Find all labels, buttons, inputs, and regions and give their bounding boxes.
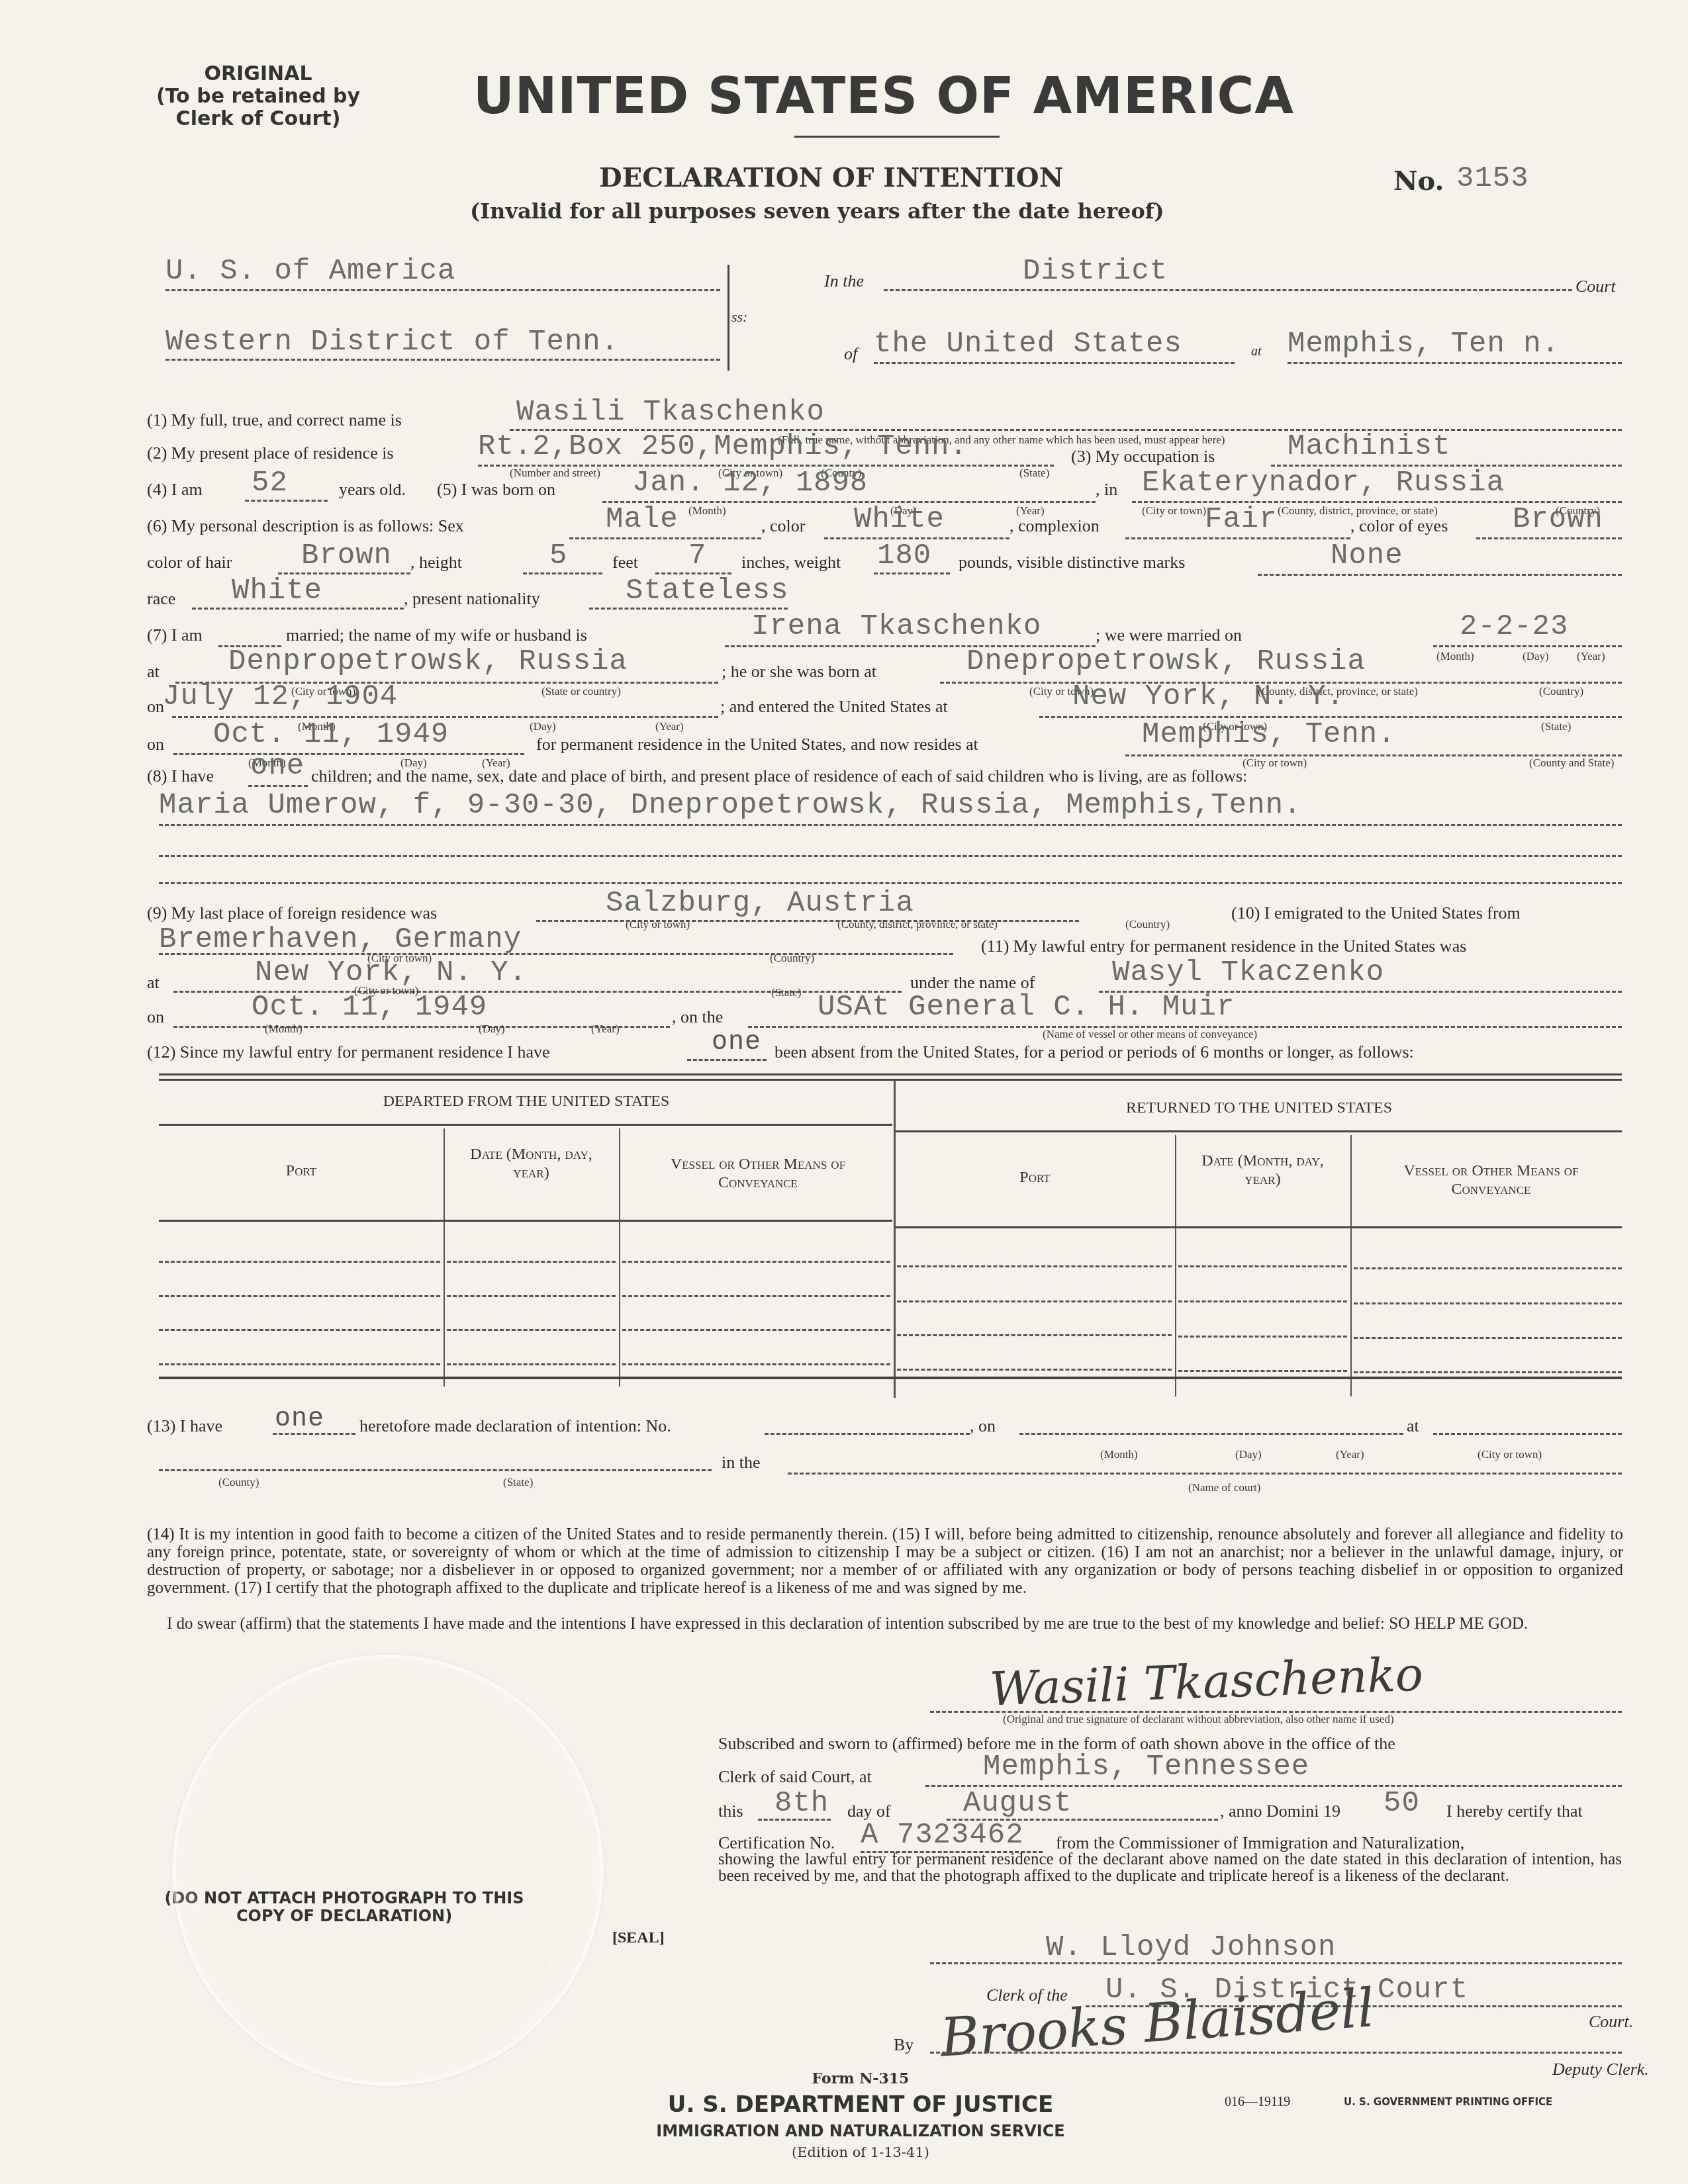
q11-label: (11) My lawful entry for permanent resid… xyxy=(981,936,1466,956)
departed-date-cell[interactable] xyxy=(447,1261,616,1263)
declarant-signature: Wasili Tkaschenko xyxy=(989,1647,1425,1717)
returned-col-vessel: Vessel or Other Means of Conveyance xyxy=(1364,1161,1618,1199)
children-line-1 xyxy=(159,824,1622,826)
certification-location-field[interactable]: Memphis, Tennessee xyxy=(983,1751,1309,1784)
ss-label: ss: xyxy=(731,308,747,326)
weight-line xyxy=(874,572,950,574)
departed-col-date: Date (Month, day, year) xyxy=(457,1145,606,1182)
returned-vessel-cell[interactable] xyxy=(1354,1371,1622,1373)
q10-line xyxy=(159,953,953,955)
q2-label: (2) My present place of residence is xyxy=(147,443,394,463)
departed-date-cell[interactable] xyxy=(447,1363,616,1365)
court-location-line xyxy=(1288,362,1622,364)
number-label: No. xyxy=(1393,165,1444,197)
departed-col-divider-1 xyxy=(444,1128,445,1387)
certify-label: I hereby certify that xyxy=(1446,1801,1583,1821)
q5-caption-city: (City or town) xyxy=(1142,504,1206,518)
entry-at-label: at xyxy=(147,973,160,993)
venue-line-1 xyxy=(165,289,720,291)
hair-field[interactable]: Brown xyxy=(301,539,392,572)
q13-caption-city: (City or town) xyxy=(1477,1448,1542,1461)
certification-year-field[interactable]: 50 xyxy=(1383,1787,1420,1820)
departed-header-underline xyxy=(159,1124,892,1126)
entry-date-caption-month: (Month) xyxy=(265,1023,303,1036)
race-field[interactable]: White xyxy=(232,574,322,608)
spouse-birthplace-caption-country: (Country) xyxy=(1539,685,1583,698)
hair-label: color of hair xyxy=(147,553,232,572)
entered-label: ; and entered the United States at xyxy=(720,697,948,717)
court-suffix-label: Court. xyxy=(1589,2012,1633,2032)
marks-field[interactable]: None xyxy=(1331,539,1403,572)
spouse-entry-date-field[interactable]: Oct. 11, 1949 xyxy=(213,718,449,751)
q13-caption-state: (State) xyxy=(503,1476,533,1489)
q13-caption-court: (Name of court) xyxy=(1188,1481,1261,1494)
spouse-entry-caption-state: (State) xyxy=(1541,720,1571,733)
swear-text: I do swear (affirm) that the statements … xyxy=(147,1615,1623,1633)
returned-date-cell[interactable] xyxy=(1178,1300,1347,1302)
pounds-label: pounds, visible distinctive marks xyxy=(959,553,1185,572)
q13-caption-day: (Day) xyxy=(1235,1448,1262,1461)
returned-header-underline xyxy=(895,1130,1622,1132)
court-of: the United States xyxy=(874,328,1182,361)
q13-text: heretofore made declaration of intention… xyxy=(359,1416,671,1436)
q13-court-line xyxy=(788,1473,1622,1475)
q13-on-label: , on xyxy=(970,1416,996,1436)
q5-caption-county: (County, district, province, or state) xyxy=(1278,504,1438,518)
in-label: , in xyxy=(1096,480,1117,500)
q13-value-line xyxy=(273,1433,355,1435)
marriage-caption-month: (Month) xyxy=(1436,650,1474,663)
edition-note: (Edition of 1-13-41) xyxy=(563,2144,1158,2160)
by-label: By xyxy=(894,2035,914,2055)
deputy-clerk-label: Deputy Clerk. xyxy=(1552,2060,1649,2079)
marriage-place-caption-state: (State or country) xyxy=(541,685,621,698)
q12-text: been absent from the United States, for … xyxy=(774,1042,1414,1062)
married-on-label: ; we were married on xyxy=(1096,625,1242,645)
children-details-field[interactable]: Maria Umerow, f, 9-30-30, Dnepropetrowsk… xyxy=(159,789,1301,822)
complexion-label: , complexion xyxy=(1009,516,1100,536)
eyes-label: , color of eyes xyxy=(1350,516,1448,536)
court-type: District xyxy=(1023,255,1168,288)
race-line xyxy=(192,608,404,610)
certification-day-field[interactable]: 8th xyxy=(774,1787,829,1820)
q13-in-the-label: in the xyxy=(722,1453,761,1473)
spouse-birth-caption-day: (Day) xyxy=(530,720,556,733)
entry-on-label: on xyxy=(147,1007,164,1027)
q5-caption-month: (Month) xyxy=(688,504,726,518)
emigrated-from-field[interactable]: Bremerhaven, Germany xyxy=(159,923,522,956)
q9-caption-county: (County, district, province, or state) xyxy=(837,918,998,931)
departed-vessel-cell[interactable] xyxy=(622,1363,890,1365)
service-name: IMMIGRATION AND NATURALIZATION SERVICE xyxy=(563,2122,1158,2140)
q8-label: (8) I have xyxy=(147,766,214,786)
q10-caption-country: (Country) xyxy=(770,952,814,965)
complexion-line xyxy=(1125,537,1350,539)
retained-note-2: Clerk of Court) xyxy=(149,108,367,130)
departed-date-cell[interactable] xyxy=(447,1329,616,1331)
eyes-line xyxy=(1476,537,1622,539)
q12-label: (12) Since my lawful entry for permanent… xyxy=(147,1042,550,1062)
vessel-field[interactable]: USAt General C. H. Muir xyxy=(818,991,1235,1024)
entry-date-caption-year: (Year) xyxy=(591,1023,620,1036)
oath-text: (14) It is my intention in good faith to… xyxy=(147,1525,1623,1597)
q2-caption-street: (Number and street) xyxy=(510,467,600,480)
departed-port-cell[interactable] xyxy=(159,1363,440,1365)
q13-label: (13) I have xyxy=(147,1416,222,1436)
of-label: of xyxy=(844,344,857,364)
entry-date-caption-day: (Day) xyxy=(479,1023,505,1036)
departed-vessel-cell[interactable] xyxy=(622,1261,890,1263)
nationality-label: , present nationality xyxy=(404,589,540,609)
returned-port-cell[interactable] xyxy=(897,1265,1172,1267)
marriage-caption-day: (Day) xyxy=(1523,650,1549,663)
children-line-3 xyxy=(159,882,1622,884)
at-label: at xyxy=(1251,344,1262,359)
spouse-name-field[interactable]: Irena Tkaschenko xyxy=(751,610,1041,643)
table-top-border-1 xyxy=(159,1073,1622,1075)
venue-jurisdiction-2: Western District of Tenn. xyxy=(165,326,619,359)
embossed-seal xyxy=(172,1655,604,2086)
sex-line xyxy=(569,537,761,539)
spouse-born-label: ; he or she was born at xyxy=(722,662,876,682)
q10-label: (10) I emigrated to the United States fr… xyxy=(1231,903,1521,923)
spouse-birth-caption-year: (Year) xyxy=(655,720,684,733)
form-title: DECLARATION OF INTENTION xyxy=(599,162,1063,193)
last-foreign-residence-field[interactable]: Salzburg, Austria xyxy=(606,887,914,920)
q13-county-state-line xyxy=(159,1469,712,1471)
venue-brace xyxy=(718,265,729,371)
spouse-entry-place-field[interactable]: New York, N. Y. xyxy=(1072,680,1344,713)
q4-suffix: years old. xyxy=(339,480,406,500)
printer-name: U. S. GOVERNMENT PRINTING OFFICE xyxy=(1344,2096,1552,2108)
height-feet-field[interactable]: 5 xyxy=(549,539,567,572)
marriage-date-field[interactable]: 2-2-23 xyxy=(1460,610,1568,643)
entry-name-field[interactable]: Wasyl Tkaczenko xyxy=(1112,956,1384,989)
returned-col-underline xyxy=(895,1226,1622,1228)
q13-caption-year: (Year) xyxy=(1336,1448,1364,1461)
marks-line xyxy=(1258,574,1622,576)
absence-line xyxy=(687,1059,767,1061)
age-field[interactable]: 52 xyxy=(252,467,288,500)
in-the-label: In the xyxy=(824,271,864,291)
marriage-place-field[interactable]: Denpropetrowsk, Russia xyxy=(228,645,628,678)
returned-vessel-cell[interactable] xyxy=(1354,1267,1622,1269)
feet-label: feet xyxy=(612,553,638,572)
this-label: this xyxy=(718,1801,743,1821)
q13-number-line xyxy=(765,1433,970,1435)
race-label: race xyxy=(147,589,175,609)
q6-label: (6) My personal description is as follow… xyxy=(147,516,464,536)
q9-caption-country: (Country) xyxy=(1125,918,1170,931)
departed-vessel-cell[interactable] xyxy=(622,1295,890,1297)
departed-port-cell[interactable] xyxy=(159,1261,440,1263)
q9-label: (9) My last place of foreign residence w… xyxy=(147,903,437,923)
venue-jurisdiction-1: U. S. of America xyxy=(165,255,455,288)
table-center-divider xyxy=(894,1080,896,1398)
court-of-line xyxy=(874,362,1235,364)
previous-declaration-field[interactable]: one xyxy=(275,1404,324,1434)
birth-place-field[interactable]: Ekaterynador, Russia xyxy=(1142,467,1505,500)
departed-header: DEPARTED FROM THE UNITED STATES xyxy=(159,1092,894,1111)
entry-date-field[interactable]: Oct. 11, 1949 xyxy=(252,991,487,1024)
cert-text-2: showing the lawful entry for permanent r… xyxy=(718,1851,1622,1884)
height-label: , height xyxy=(410,553,462,572)
q3-label: (3) My occupation is xyxy=(1071,447,1215,467)
retained-note-1: (To be retained by xyxy=(149,85,367,108)
permanent-label: for permanent residence in the United St… xyxy=(536,735,978,754)
returned-col-divider-2 xyxy=(1350,1135,1352,1396)
q13-caption-month: (Month) xyxy=(1100,1448,1138,1461)
court-type-line xyxy=(884,289,1572,291)
clerk-name-field[interactable]: W. Lloyd Johnson xyxy=(1046,1931,1336,1964)
sex-field[interactable]: Male xyxy=(606,503,679,536)
departed-port-cell[interactable] xyxy=(159,1329,440,1331)
returned-header: RETURNED TO THE UNITED STATES xyxy=(895,1099,1623,1117)
on-the-label: , on the xyxy=(672,1007,723,1027)
q13-at-label: at xyxy=(1407,1416,1419,1436)
married-label: married; the name of my wife or husband … xyxy=(286,625,587,645)
departed-col-underline xyxy=(159,1220,892,1222)
returned-col-port: Port xyxy=(895,1168,1175,1187)
inches-label: inches, weight xyxy=(741,553,841,572)
returned-port-cell[interactable] xyxy=(897,1369,1172,1371)
q9-caption-city: (City or town) xyxy=(626,918,690,931)
clerk-at-label: Clerk of said Court, at xyxy=(718,1767,872,1787)
declaration-number: 3153 xyxy=(1456,162,1529,195)
table-top-border-2 xyxy=(159,1079,1622,1081)
spouse-birthplace-field[interactable]: Dnepropetrowsk, Russia xyxy=(966,645,1366,678)
under-name-label: under the name of xyxy=(910,973,1035,993)
spouse-residence-field[interactable]: Memphis, Tenn. xyxy=(1142,718,1396,751)
seal-label: [SEAL] xyxy=(612,1929,665,1947)
certification-month-field[interactable]: August xyxy=(963,1787,1072,1820)
color-label: , color xyxy=(761,516,805,536)
height-feet-line xyxy=(523,572,602,574)
complexion-field[interactable]: Fair xyxy=(1205,503,1278,536)
q13-city-line xyxy=(1433,1433,1622,1435)
residence-field[interactable]: Rt.2,Box 250,Memphis, Tenn. xyxy=(478,430,968,463)
original-label-block: ORIGINAL (To be retained by Clerk of Cou… xyxy=(149,63,367,130)
returned-port-cell[interactable] xyxy=(897,1334,1172,1336)
form-number: Form N-315 xyxy=(761,2070,960,2087)
children-count-field[interactable]: one xyxy=(250,750,305,783)
weight-field[interactable]: 180 xyxy=(877,539,931,572)
departed-port-cell[interactable] xyxy=(159,1295,440,1297)
anno-label: , anno Domini 19 xyxy=(1220,1801,1340,1821)
marriage-date-line xyxy=(1433,645,1622,647)
birth-date-field[interactable]: Jan. 12, 1898 xyxy=(632,467,868,500)
children-line-2 xyxy=(159,855,1622,857)
departed-col-divider-2 xyxy=(619,1128,620,1387)
signature-caption: (Original and true signature of declaran… xyxy=(1003,1713,1394,1726)
deputy-line xyxy=(930,2052,1622,2054)
q8-text: children; and the name, sex, date and pl… xyxy=(311,766,1247,786)
returned-date-cell[interactable] xyxy=(1178,1336,1347,1338)
spouse-birth-date-field[interactable]: July 12, 1904 xyxy=(162,680,398,713)
department-name: U. S. DEPARTMENT OF JUSTICE xyxy=(563,2091,1158,2118)
returned-vessel-cell[interactable] xyxy=(1354,1337,1622,1339)
spouse-residence-caption-city: (City or town) xyxy=(1243,756,1307,770)
departed-date-cell[interactable] xyxy=(447,1295,616,1297)
q4-label: (4) I am xyxy=(147,480,203,500)
venue-line-2 xyxy=(165,359,720,361)
children-count-line xyxy=(248,785,308,787)
q5-caption-year: (Year) xyxy=(1016,504,1045,518)
clerk-name-line xyxy=(930,1962,1622,1964)
cert-no-field[interactable]: A 7323462 xyxy=(861,1819,1024,1852)
print-code: 016—19119 xyxy=(1225,2095,1290,2110)
title-divider xyxy=(794,136,1000,138)
validity-note: (Invalid for all purposes seven years af… xyxy=(470,199,1164,224)
document-title: UNITED STATES OF AMERICA xyxy=(473,66,1294,125)
departed-vessel-cell[interactable] xyxy=(622,1329,890,1331)
returned-date-cell[interactable] xyxy=(1178,1370,1347,1372)
q7-label: (7) I am xyxy=(147,625,203,645)
returned-date-cell[interactable] xyxy=(1178,1265,1347,1267)
spouse-residence-caption-state: (County and State) xyxy=(1529,756,1614,770)
q1-label: (1) My full, true, and correct name is xyxy=(147,410,402,430)
spouse-entry-on-label: on xyxy=(147,735,164,754)
marriage-caption-year: (Year) xyxy=(1577,650,1605,663)
q13-caption-county: (County) xyxy=(218,1476,259,1489)
color-field[interactable]: White xyxy=(854,503,945,536)
full-name-field[interactable]: Wasili Tkaschenko xyxy=(516,396,825,429)
returned-port-cell[interactable] xyxy=(897,1300,1172,1302)
entry-place-caption-state: (State) xyxy=(771,986,801,999)
table-bottom-border xyxy=(159,1377,1622,1379)
original-label: ORIGINAL xyxy=(149,63,367,85)
returned-col-divider-1 xyxy=(1175,1135,1176,1396)
nationality-field[interactable]: Stateless xyxy=(626,574,789,608)
returned-vessel-cell[interactable] xyxy=(1354,1302,1622,1304)
spouse-entry-date-line xyxy=(173,753,524,755)
q2-caption-state: (State) xyxy=(1019,467,1049,480)
certification-day-line xyxy=(758,1819,831,1821)
q13-date-line xyxy=(1019,1433,1403,1435)
nationality-line xyxy=(589,608,788,610)
height-inches-field[interactable]: 7 xyxy=(688,539,706,572)
q4-line xyxy=(245,500,328,502)
absence-field[interactable]: one xyxy=(712,1028,761,1058)
court-label: Court xyxy=(1575,277,1616,296)
returned-col-date: Date (Month, day, year) xyxy=(1188,1152,1337,1189)
marriage-at-label: at xyxy=(147,662,160,682)
departed-col-vessel: Vessel or Other Means of Conveyance xyxy=(632,1155,884,1192)
vessel-caption: (Name of vessel or other means of convey… xyxy=(1043,1028,1257,1041)
occupation-field[interactable]: Machinist xyxy=(1288,430,1451,463)
court-location: Memphis, Ten n. xyxy=(1288,328,1560,361)
eyes-field[interactable]: Brown xyxy=(1513,503,1603,536)
departed-col-port: Port xyxy=(159,1161,444,1180)
q5-label: (5) I was born on xyxy=(437,480,555,500)
